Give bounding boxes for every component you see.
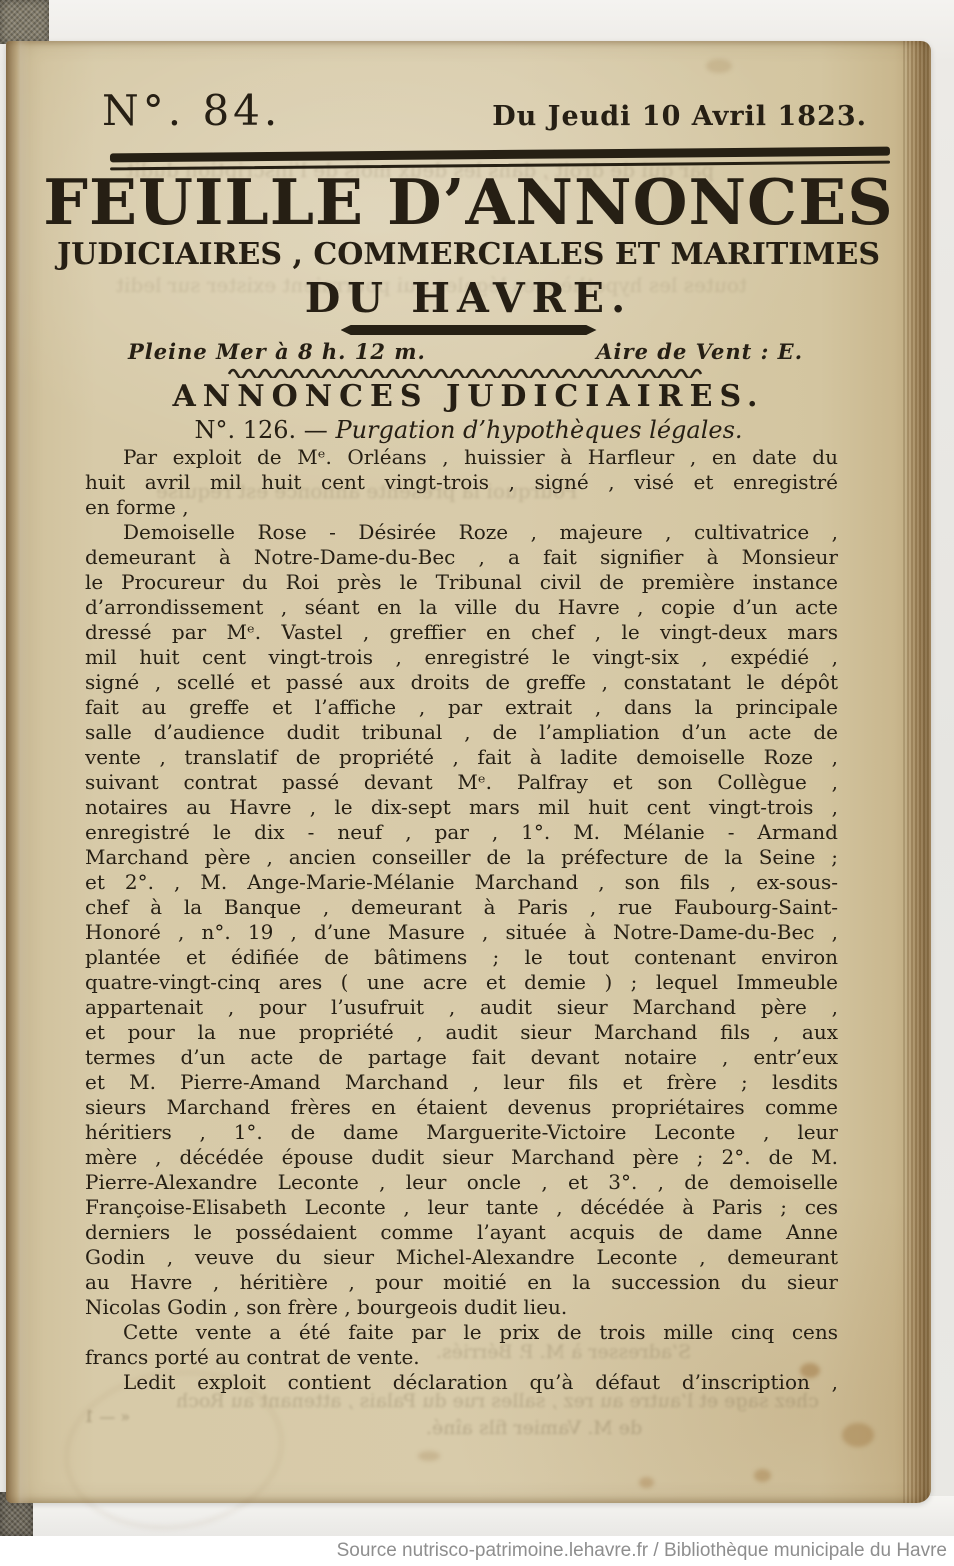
text-line: Ledit exploit contient déclaration qu’à … [85,1370,838,1395]
paragraph: Demoiselle Rose - Désirée Roze , majeure… [85,520,838,1320]
text-line: Françoise-Elisabeth Leconte , leur tante… [85,1195,838,1220]
text-line: Godin , veuve du sieur Michel-Alexandre … [85,1245,838,1270]
article-body: Par exploit de Mᵉ. Orléans , huissier à … [85,445,838,1395]
tide-info: Pleine Mer à 8 h. 12 m. [128,339,426,364]
text-line: et 2°. , M. Ange-Marie-Mélanie Marchand … [85,870,838,895]
issue-date: Du Jeudi 10 Avril 1823. [492,101,867,132]
text-line: salle d’audience dudit tribunal , de l’a… [85,720,838,745]
text-line: d’arrondissement , séant en la ville du … [85,595,838,620]
text-line: demeurant à Notre-Dame-du-Bec , a fait s… [85,545,838,570]
text-line: signé , scellé et passé aux droits de gr… [85,670,838,695]
text-line: quatre-vingt-cinq ares ( une acre et dem… [85,970,838,995]
text-line: termes d’un acte de partage fait devant … [85,1045,838,1070]
text-line: enregistré le dix - neuf , par , 1°. M. … [85,820,838,845]
text-line: Pierre-Alexandre Leconte , leur oncle , … [85,1170,838,1195]
text-line: fait au greffe et l’affiche , par extrai… [85,695,838,720]
text-line: Cette vente a été faite par le prix de t… [85,1320,838,1345]
section-heading: ANNONCES JUDICIAIRES. [6,379,931,414]
printed-content: N°. 84. Du Jeudi 10 Avril 1823. FEUILLE … [6,41,931,1503]
text-line: sieurs Marchand frères en étaient devenu… [85,1095,838,1120]
text-line: huit avril mil huit cent vingt-trois , s… [85,470,838,495]
text-line: mil huit cent vingt-trois , enregistré l… [85,645,838,670]
masthead-subtitle-city: DU HAVRE. [6,274,931,322]
text-line: dressé par Mᵉ. Vastel , greffier en chef… [85,620,838,645]
wind-info: Aire de Vent : E. [596,339,803,364]
text-line: Honoré , n°. 19 , d’une Masure , située … [85,920,838,945]
text-line: le Procureur du Roi près le Tribunal civ… [85,570,838,595]
paragraph: Cette vente a été faite par le prix de t… [85,1320,838,1370]
issue-number: N°. 84. [102,86,281,135]
notice-title: Purgation d’hypothèques légales. [335,416,742,444]
text-line: suivant contrat passé devant Mᵉ. Palfray… [85,770,838,795]
source-caption-bar: Source nutrisco-patrimoine.lehavre.fr / … [0,1536,954,1566]
text-line: chef à la Banque , demeurant à Paris , r… [85,895,838,920]
source-attribution: Source nutrisco-patrimoine.lehavre.fr / … [337,1536,947,1566]
wavy-rule-ornament [227,364,711,378]
text-line: Marchand père , ancien conseiller de la … [85,845,838,870]
text-line: Demoiselle Rose - Désirée Roze , majeure… [85,520,838,545]
tide-wind-row: Pleine Mer à 8 h. 12 m. Aire de Vent : E… [128,339,803,364]
paragraph: Par exploit de Mᵉ. Orléans , huissier à … [85,445,838,520]
text-line: derniers le possédaient comme l’ayant ac… [85,1220,838,1245]
paragraph: Ledit exploit contient déclaration qu’à … [85,1370,838,1395]
notice-number: N°. 126. — [194,416,327,444]
masthead-subtitle: JUDICIAIRES , COMMERCIALES ET MARITIMES [6,237,931,272]
tapered-rule [341,325,597,335]
masthead-title: FEUILLE D’ANNONCES [6,165,931,239]
text-line: appartenait , pour l’usufruit , audit si… [85,995,838,1020]
text-line: au Havre , héritière , pour moitié en la… [85,1270,838,1295]
text-line: plantée et édifiée de bâtimens ; le tout… [85,945,838,970]
text-line: notaires au Havre , le dix-sept mars mil… [85,795,838,820]
text-line: Par exploit de Mᵉ. Orléans , huissier à … [85,445,838,470]
text-line: Nicolas Godin , son frère , bourgeois du… [85,1295,838,1320]
text-line: et M. Pierre-Amand Marchand , leur fils … [85,1070,838,1095]
text-line: francs porté au contrat de vente. [85,1345,838,1370]
text-line: héritiers , 1°. de dame Marguerite-Victo… [85,1120,838,1145]
book-cover-fabric-top [0,0,49,44]
notice-title-line: N°. 126. — Purgation d’hypothèques légal… [6,416,931,444]
text-line: mère , décédée épouse dudit sieur Marcha… [85,1145,838,1170]
text-line: vente , translatif de propriété , fait à… [85,745,838,770]
text-line: et pour la nue propriété , audit sieur M… [85,1020,838,1045]
text-line: en forme , [85,495,838,520]
newspaper-page: par qui de droit , dans les deux mois de… [6,41,931,1503]
scanned-document-viewport: par qui de droit , dans les deux mois de… [0,0,954,1566]
